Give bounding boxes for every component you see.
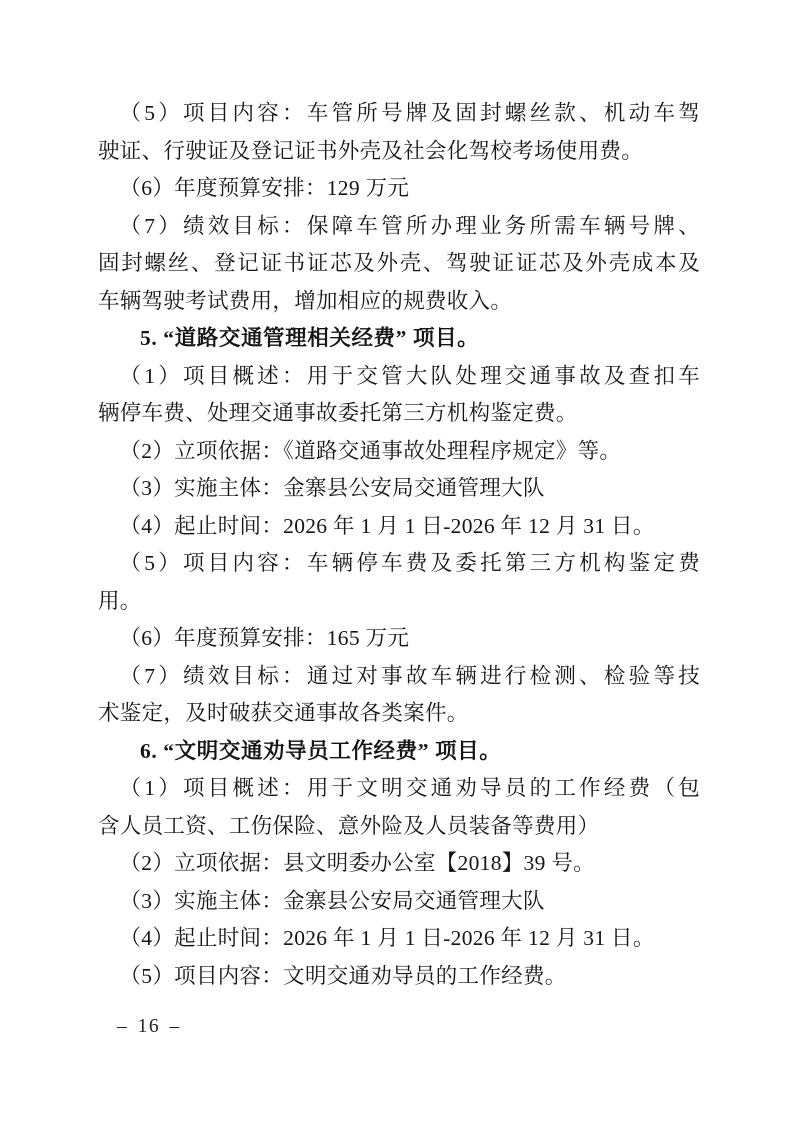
text-line: 车辆驾驶考试费用，增加相应的规费收入。 xyxy=(98,283,700,321)
text-line: （5）项目内容：车管所号牌及固封螺丝款、机动车驾 xyxy=(98,95,700,133)
text-line: 固封螺丝、登记证书证芯及外壳、驾驶证证芯及外壳成本及 xyxy=(98,245,700,283)
text-line: 驶证、行驶证及登记证书外壳及社会化驾校考场使用费。 xyxy=(98,133,700,171)
text-line: （1）项目概述：用于交管大队处理交通事故及查扣车 xyxy=(98,358,700,396)
text-line: 辆停车费、处理交通事故委托第三方机构鉴定费。 xyxy=(98,395,700,433)
text-line: 含人员工资、工伤保险、意外险及人员装备等费用） xyxy=(98,808,700,846)
text-line: （4）起止时间：2026 年 1 月 1 日-2026 年 12 月 31 日。 xyxy=(98,508,700,546)
text-line: （5）项目内容：车辆停车费及委托第三方机构鉴定费 xyxy=(98,545,700,583)
text-line: （2）立项依据：县文明委办公室【2018】39 号。 xyxy=(98,845,700,883)
document-page: （5）项目内容：车管所号牌及固封螺丝款、机动车驾驶证、行驶证及登记证书外壳及社会… xyxy=(0,0,793,1122)
text-line: （1）项目概述：用于文明交通劝导员的工作经费（包 xyxy=(98,770,700,808)
text-line: （3）实施主体：金寨县公安局交通管理大队 xyxy=(98,883,700,921)
text-line: （7）绩效目标：保障车管所办理业务所需车辆号牌、 xyxy=(98,208,700,246)
page-number: – 16 – xyxy=(117,1012,181,1042)
text-line: （6）年度预算安排：129 万元 xyxy=(98,170,700,208)
section-heading: 6. “文明交通劝导员工作经费” 项目。 xyxy=(98,733,700,771)
section-heading: 5. “道路交通管理相关经费” 项目。 xyxy=(98,320,700,358)
text-line: 用。 xyxy=(98,583,700,621)
text-line: （2）立项依据：《道路交通事故处理程序规定》等。 xyxy=(98,433,700,471)
document-body: （5）项目内容：车管所号牌及固封螺丝款、机动车驾驶证、行驶证及登记证书外壳及社会… xyxy=(98,95,700,995)
text-line: 术鉴定，及时破获交通事故各类案件。 xyxy=(98,695,700,733)
text-line: （5）项目内容：文明交通劝导员的工作经费。 xyxy=(98,958,700,996)
text-line: （7）绩效目标：通过对事故车辆进行检测、检验等技 xyxy=(98,658,700,696)
text-line: （3）实施主体：金寨县公安局交通管理大队 xyxy=(98,470,700,508)
text-line: （6）年度预算安排：165 万元 xyxy=(98,620,700,658)
text-line: （4）起止时间：2026 年 1 月 1 日-2026 年 12 月 31 日。 xyxy=(98,920,700,958)
